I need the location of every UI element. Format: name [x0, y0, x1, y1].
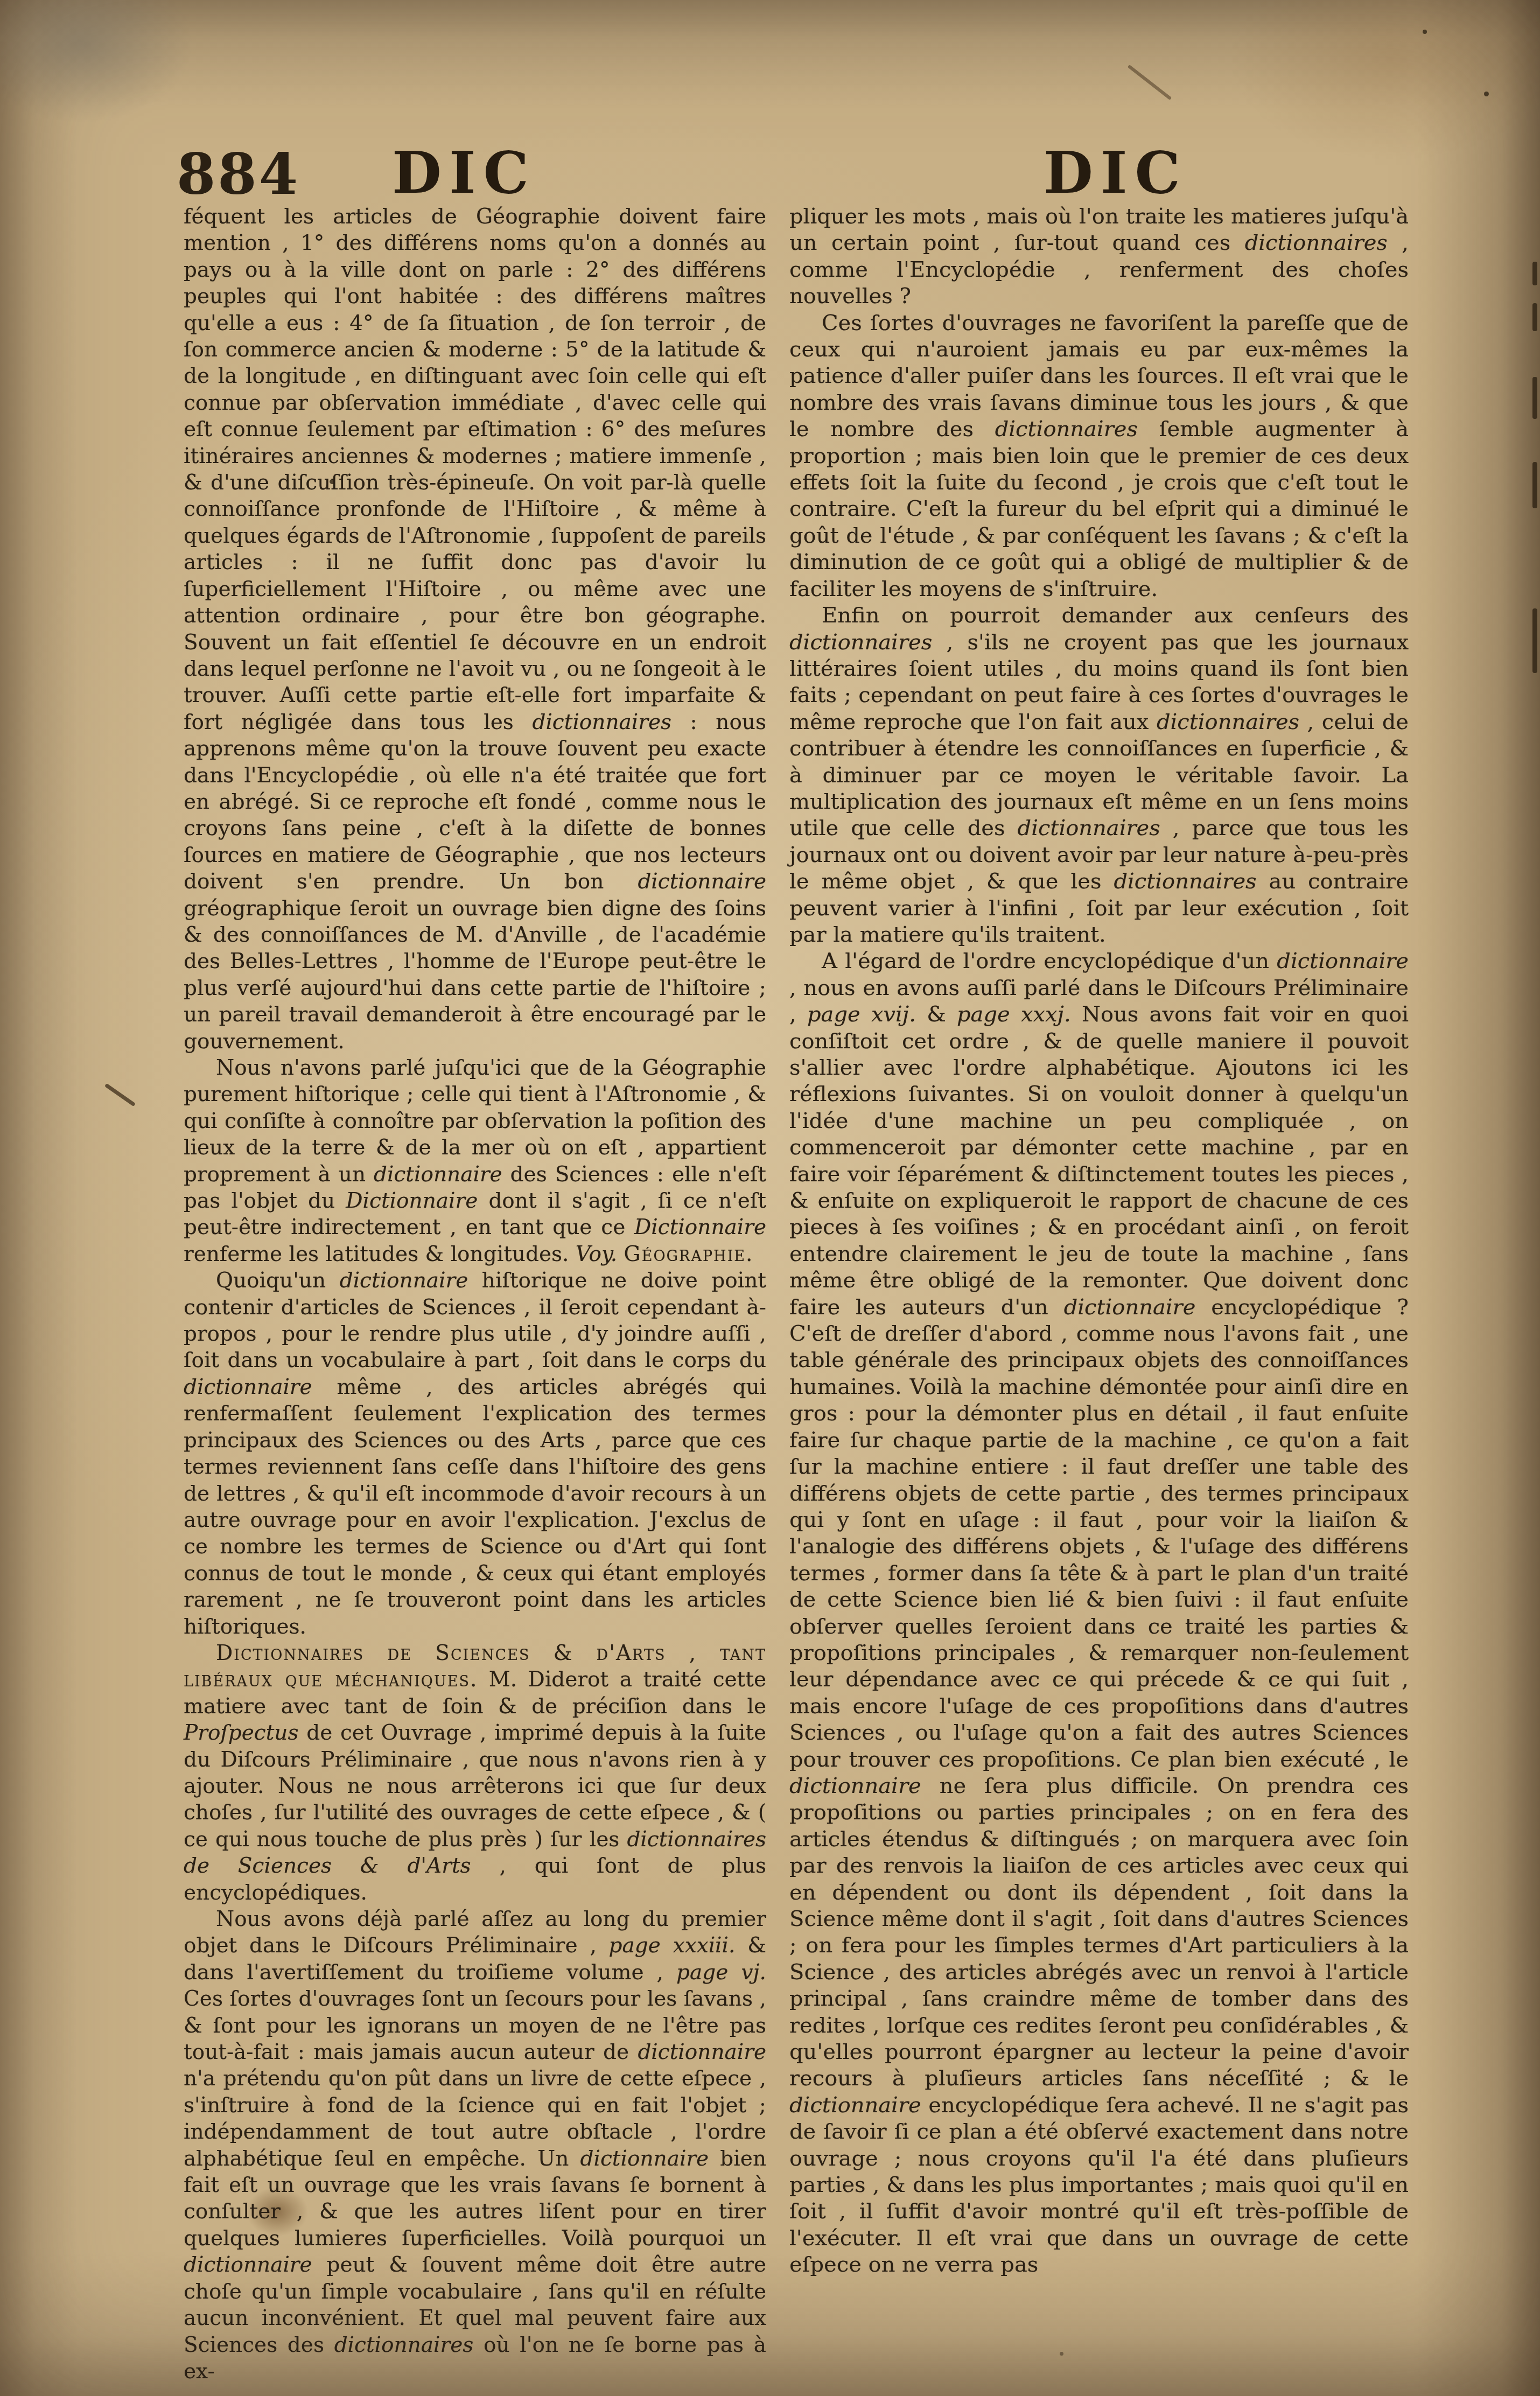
text-segment: dictionnaires: [995, 417, 1138, 442]
scanned-book-page: 884 DIC DIC féquent les articles de Géog…: [0, 0, 1540, 2396]
text-segment: &: [916, 1002, 957, 1027]
margin-mark: [104, 1083, 136, 1107]
running-head-right: DIC: [1019, 139, 1213, 206]
text-segment: : nous apprenons même qu'on la trouve ſo…: [184, 710, 766, 894]
text-segment: Voy.: [576, 1242, 617, 1266]
text-segment: dictionnaire: [374, 1162, 502, 1187]
paragraph: pliquer les mots , mais où l'on traite l…: [789, 204, 1409, 310]
text-segment: dictionnaire: [638, 870, 766, 894]
text-segment: dictionnaires: [1114, 869, 1256, 894]
text-segment: Dictionnaire: [634, 1215, 766, 1239]
ink-speck: [1423, 30, 1427, 34]
paragraph: A l'égard de l'ordre encyclopédique d'un…: [789, 948, 1409, 2278]
paragraph: Quoiqu'un dictionnaire hiſtorique ne doi…: [184, 1267, 766, 1640]
text-segment: dictionnaire: [580, 2147, 709, 2171]
text-segment: renferme les latitudes & longitudes.: [184, 1242, 576, 1266]
text-segment: page xxxj.: [957, 1002, 1071, 1027]
text-segment: page xvij.: [807, 1002, 916, 1027]
text-segment: dictionnaire: [1277, 949, 1409, 973]
text-segment: Nous avons fait voir en quoi conſiſtoit …: [789, 1002, 1409, 1319]
text-segment: ſemble augmenter à proportion ; mais bie…: [789, 417, 1409, 601]
page-edge-mark: [1532, 262, 1537, 285]
page-edge-mark: [1532, 608, 1537, 673]
text-segment: dictionnaires: [1018, 816, 1160, 840]
text-segment: Enfin on pourroit demander aux cenſeurs …: [822, 603, 1409, 628]
text-segment: Dictionnaire: [346, 1189, 478, 1213]
text-segment: dictionnaire: [789, 2093, 921, 2118]
text-segment: page xxxiii.: [609, 1933, 736, 1958]
paragraph: Enfin on pourroit demander aux cenſeurs …: [789, 602, 1409, 948]
text-segment: A l'égard de l'ordre encyclopédique d'un: [822, 949, 1277, 973]
text-segment: dictionnaires: [789, 630, 932, 655]
text-segment: gréographique ſeroit un ouvrage bien dig…: [184, 896, 766, 1054]
corner-smudge: [0, 0, 194, 124]
text-column-right: pliquer les mots , mais où l'on traite l…: [789, 204, 1409, 2279]
text-segment: dictionnaire: [638, 2040, 766, 2064]
text-segment: dictionnaire: [184, 1375, 312, 1399]
text-segment: Proſpectus: [184, 1721, 299, 1745]
text-segment: dictionnaires: [1245, 230, 1388, 255]
running-head-left: DIC: [367, 139, 561, 206]
page-edge-mark: [1532, 377, 1537, 419]
page-edge-mark: [1532, 462, 1537, 508]
text-segment: Géographie.: [624, 1242, 754, 1266]
paragraph: Nous n'avons parlé juſqu'ici que de la G…: [184, 1055, 766, 1267]
paragraph: féquent les articles de Géographie doive…: [184, 204, 766, 1055]
paragraph: Ces ſortes d'ouvrages ne favoriſent la p…: [789, 310, 1409, 602]
text-segment: dictionnaires: [334, 2333, 474, 2357]
paragraph: Nous avons déjà parlé aſſez au long du p…: [184, 1906, 766, 2385]
text-segment: dictionnaire: [789, 1774, 921, 1798]
text-segment: dictionnaires: [1157, 710, 1299, 734]
text-segment: [617, 1242, 624, 1266]
ink-speck: [1060, 2352, 1063, 2356]
text-segment: encyclopédique ? C'eſt de dreſſer d'abor…: [789, 1295, 1409, 1772]
ink-streak: [1128, 65, 1172, 100]
text-column-left: féquent les articles de Géographie doive…: [184, 204, 766, 2385]
text-segment: encyclopédique ſera achevé. Il ne s'agit…: [789, 2093, 1409, 2277]
paper-stain: [1228, 0, 1540, 162]
ink-speck: [1484, 92, 1489, 96]
text-segment: dictionnaire: [340, 1269, 468, 1293]
text-segment: page vj.: [676, 1960, 766, 1985]
text-segment: dictionnaires: [532, 710, 671, 734]
text-segment: Quoiqu'un: [216, 1269, 340, 1293]
text-segment: même , des articles abrégés qui renferma…: [184, 1375, 766, 1639]
text-segment: dictionnaire: [1064, 1295, 1196, 1320]
text-segment: ne ſera plus difficile. On prendra ces p…: [789, 1774, 1409, 2091]
text-segment: dictionnaire: [184, 2253, 312, 2277]
page-edge-mark: [1532, 303, 1537, 331]
page-number: 884: [177, 141, 300, 207]
paragraph: Dictionnaires de Sciences & d'Arts , tan…: [184, 1640, 766, 1906]
text-segment: féquent les articles de Géographie doive…: [184, 205, 766, 734]
